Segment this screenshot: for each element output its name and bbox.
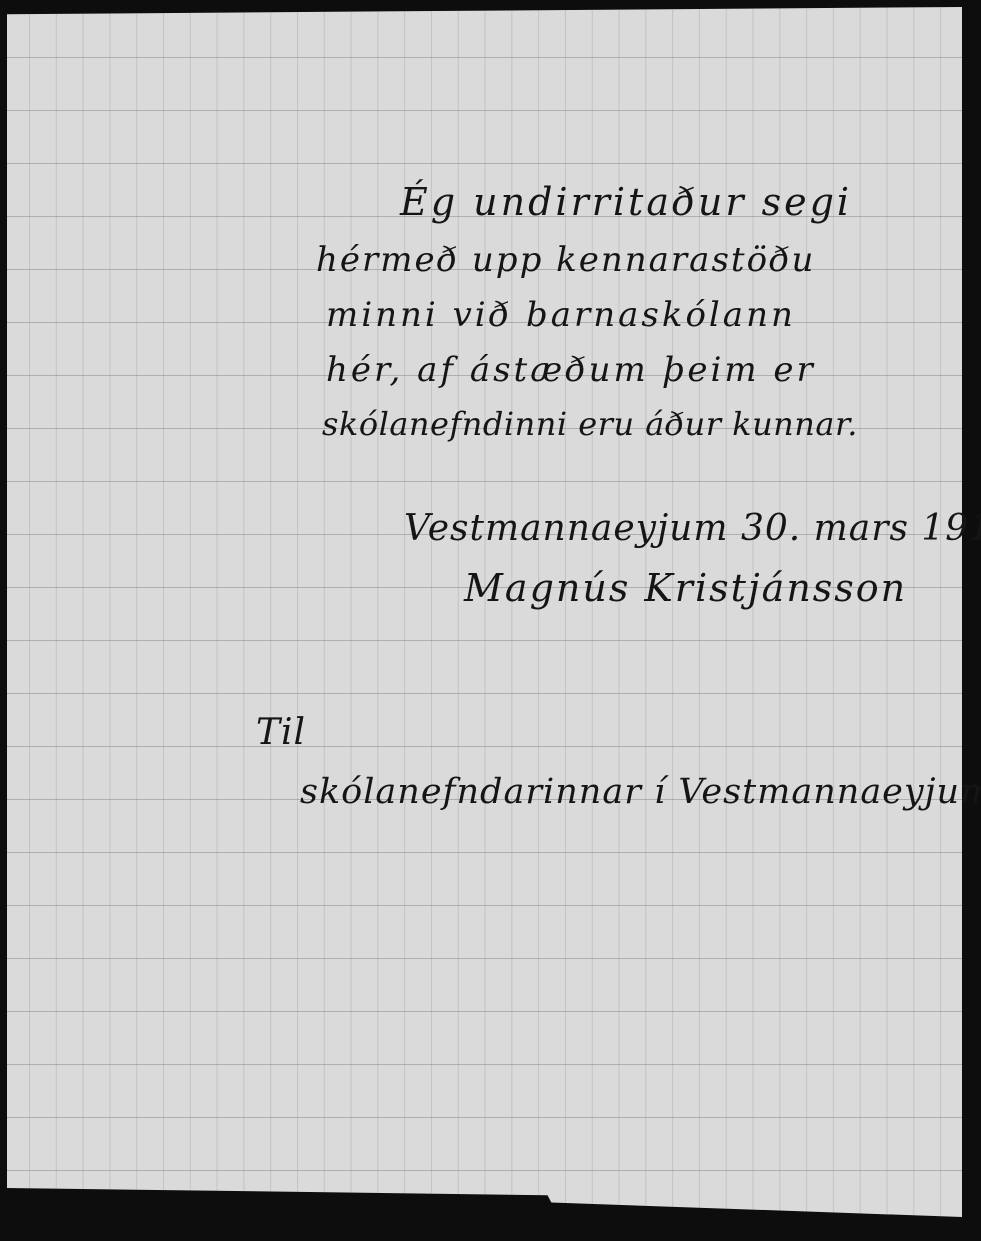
place-and-date: Vestmannaeyjum 30. mars 1914. [404,508,981,549]
address-recipient: skólanefndarinnar í Vestmannaeyjum [300,772,981,812]
letter-body-line-4: hér, af ástæðum þeim er [326,350,816,390]
letter-body-line-3: minni við barnaskólann [326,295,796,335]
letter-body-line-2: hérmeð upp kennarastöðu [316,240,815,280]
signature: Magnús Kristjánsson [464,566,907,610]
address-to-label: Til [256,712,306,753]
letter-body-line-5: skólanefndinni eru áður kunnar. [322,405,858,443]
letter-body-line-1: Ég undirritaður segi [400,180,852,224]
